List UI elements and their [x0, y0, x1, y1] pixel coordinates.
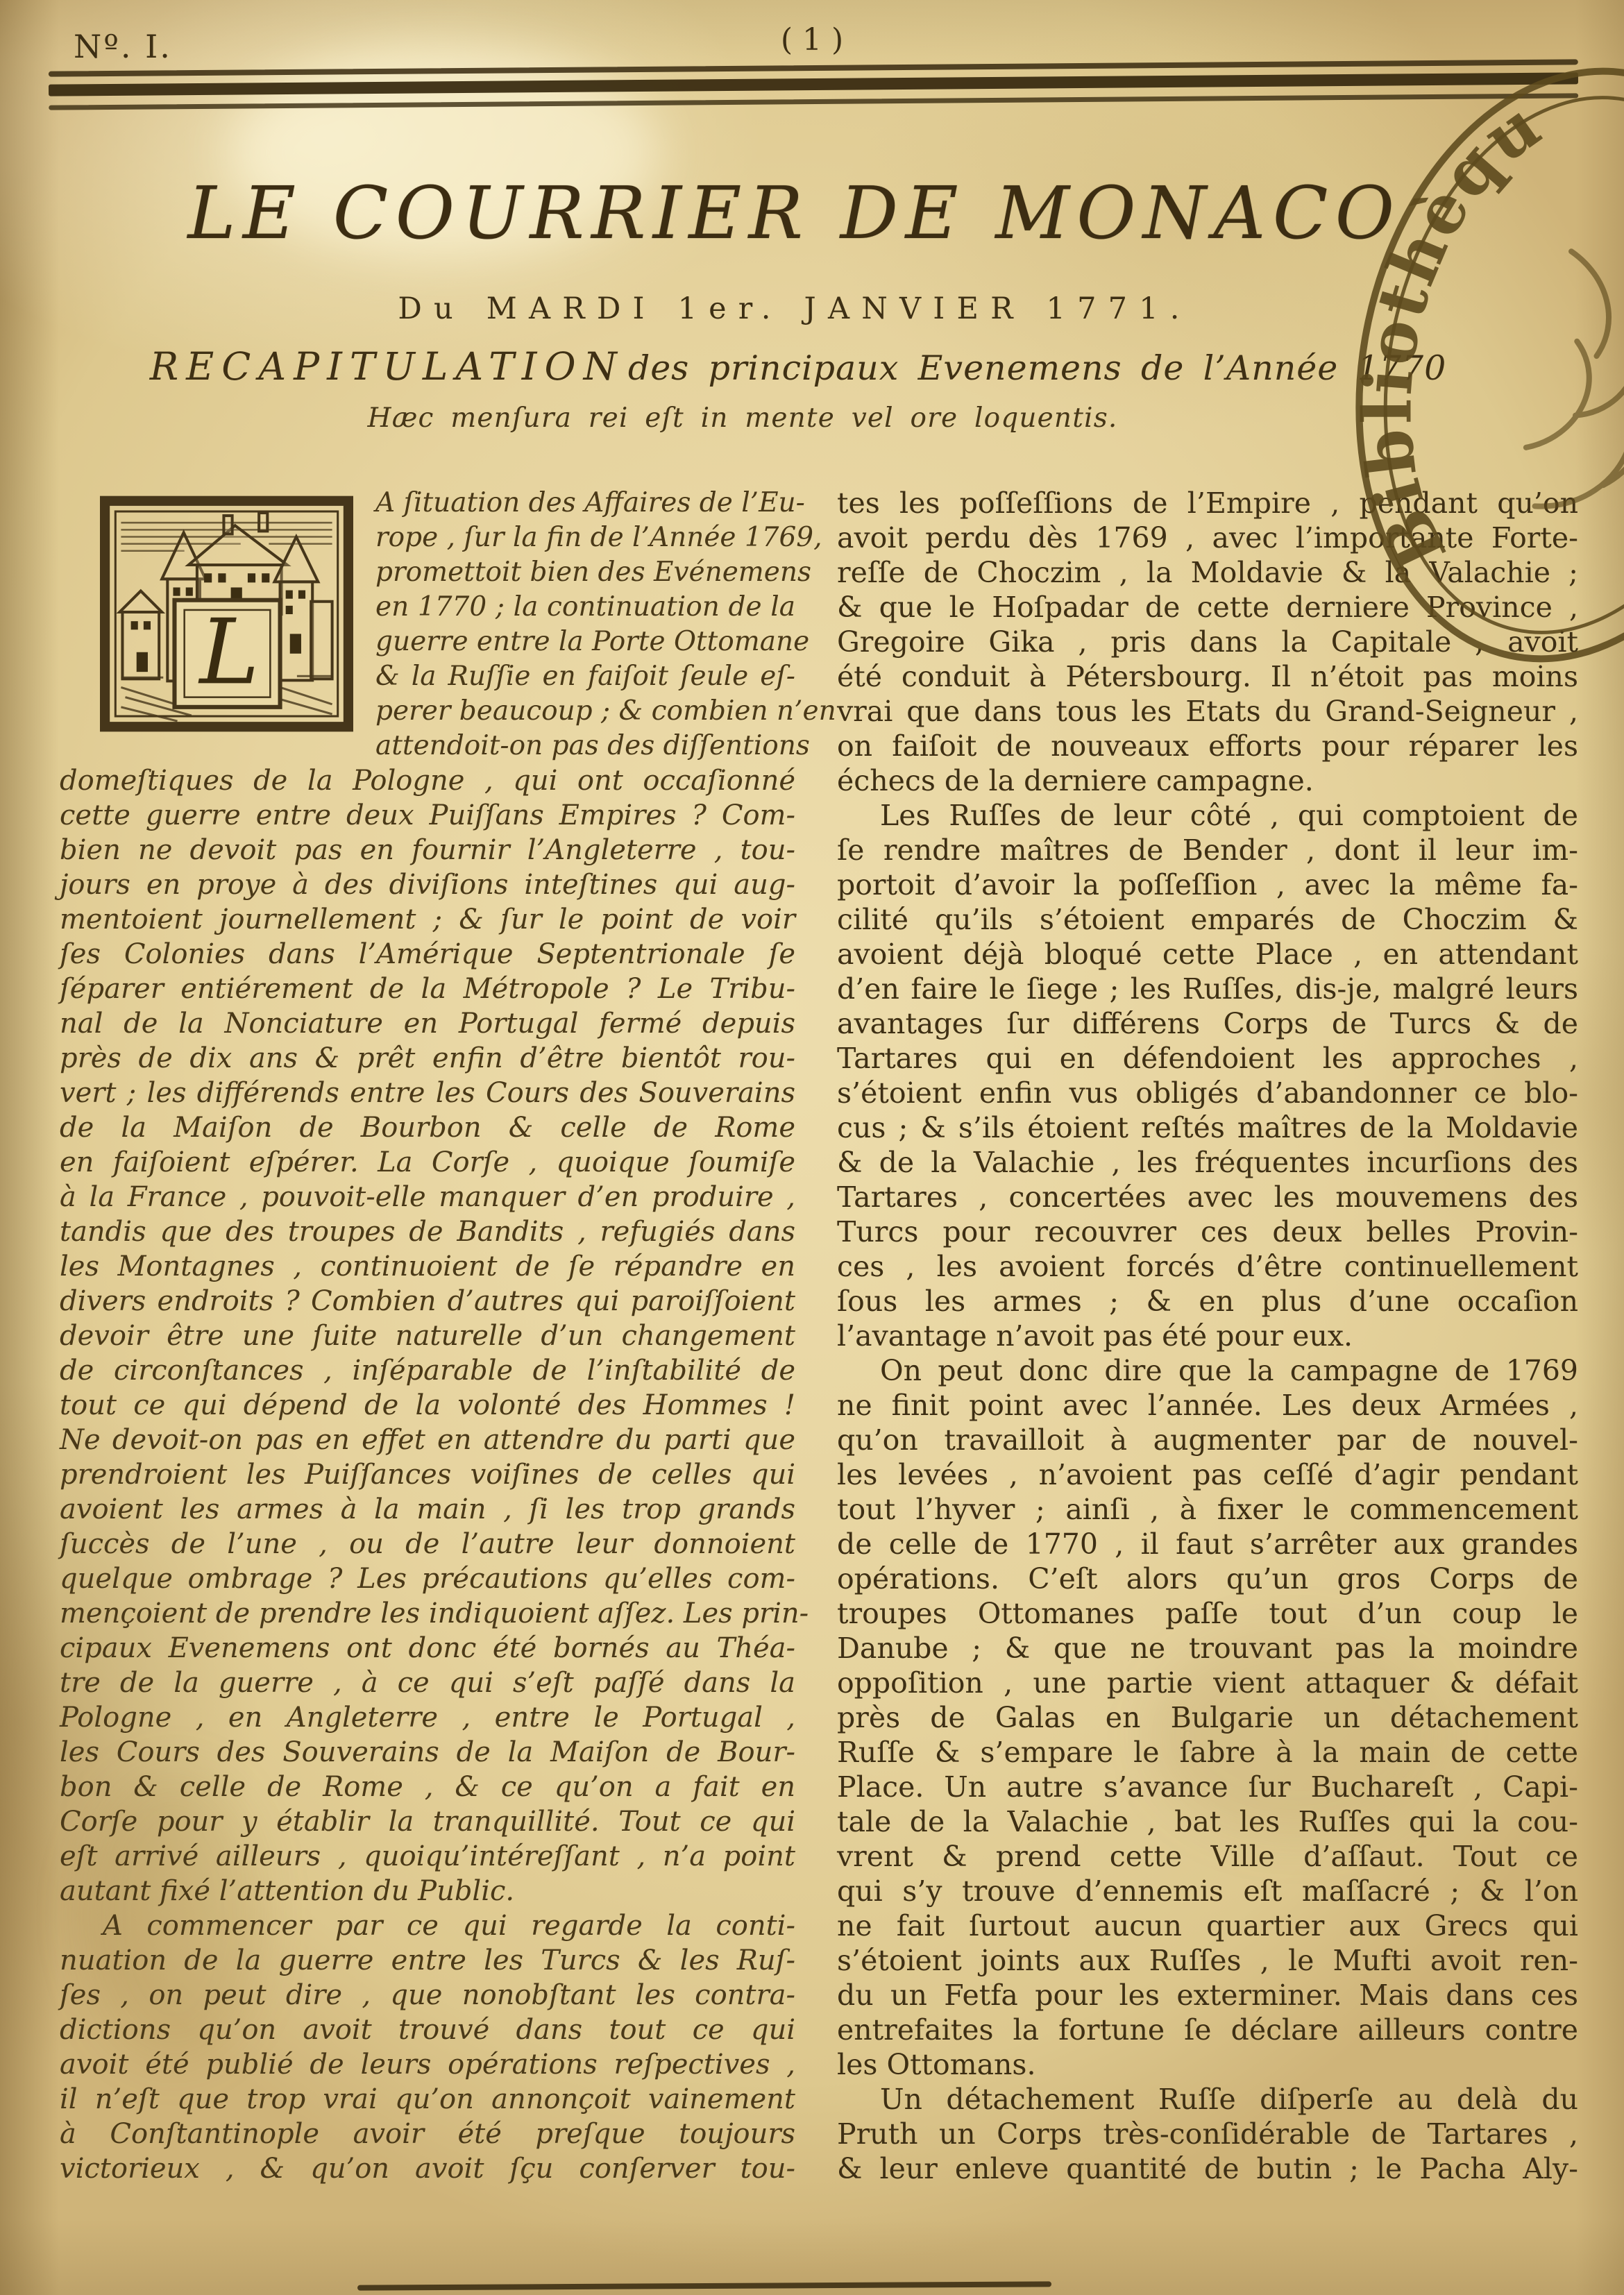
- text-line: tout l’hyver ; ainſi , à fixer le commen…: [837, 1492, 1578, 1527]
- text-line: A commencer par ce qui regarde la conti-: [60, 1908, 795, 1943]
- text-line: devoir être une ſuite naturelle d’un cha…: [60, 1319, 795, 1353]
- text-line: portoit d’avoir la poſſeſſion , avec la …: [837, 867, 1578, 902]
- text-line: jours en proye à des diviſions inteſtine…: [60, 867, 795, 902]
- text-line: avoient déjà bloqué cette Place , en att…: [837, 937, 1578, 972]
- text-line: ſe rendre maîtres de Bender , dont il le…: [837, 833, 1578, 867]
- text-line: autant fixé l’attention du Public.: [60, 1874, 795, 1908]
- bottom-rule-fragment: [357, 2281, 1051, 2290]
- text-line: du un Fetfa pour les exterminer. Mais da…: [837, 1978, 1578, 2013]
- date-line: Du MARDI 1er. JANVIER 1771.: [0, 291, 1589, 326]
- text-line: avantages ſur différens Corps de Turcs &…: [837, 1006, 1578, 1041]
- text-line: cus ; & s’ils étoient reſtés maîtres de …: [837, 1110, 1578, 1145]
- text-line: dictions qu’on avoit trouvé dans tout ce…: [60, 2013, 795, 2047]
- text-line: ſes Colonies dans l’Amérique Septentrion…: [60, 937, 795, 972]
- header-rules: [49, 59, 1578, 110]
- text-line: en faiſoient eſpérer. La Corſe , quoique…: [60, 1145, 795, 1180]
- text-line: & leur enleve quantité de butin ; le Pac…: [837, 2151, 1578, 2186]
- text-line: ces , les avoient forcés d’être continue…: [837, 1249, 1578, 1284]
- page-number: ( 1 ): [0, 22, 1624, 58]
- text-line: Ruſſe & s’empare le ſabre à la main de c…: [837, 1735, 1578, 1770]
- section-heading-caps: RECAPITULATION: [150, 344, 625, 389]
- text-line: mentoient journellement ; & ſur le point…: [60, 902, 795, 937]
- text-line: avoient les armes à la main , ſi les tro…: [60, 1492, 795, 1527]
- text-line: attendoit-on pas des diſſentions: [60, 729, 795, 763]
- text-line: il n’eſt que trop vrai qu’on annonçoit v…: [60, 2082, 795, 2117]
- text-line: opérations. C’eſt alors qu’un gros Corps…: [837, 1561, 1578, 1596]
- text-line: les Cours des Souverains de la Maiſon de…: [60, 1735, 795, 1770]
- text-line: de celle de 1770 , il faut s’arrêter aux…: [837, 1527, 1578, 1561]
- text-line: avoit perdu dès 1769 , avec l’importante…: [837, 520, 1578, 555]
- text-line: avoit été publié de leurs opérations reſ…: [60, 2047, 795, 2082]
- text-line: qu’on travailloit à augmenter par de nou…: [837, 1423, 1578, 1457]
- text-line: près de dix ans & prêt enfin d’être bien…: [60, 1041, 795, 1076]
- text-line: à Conſtantinople avoir été preſque toujo…: [60, 2117, 795, 2151]
- text-line: de la Maiſon de Bourbon & celle de Rome: [60, 1110, 795, 1145]
- text-line: quelque ombrage ? Les précautions qu’ell…: [60, 1561, 795, 1596]
- text-line: bien ne devoit pas en fournir l’Angleter…: [60, 833, 795, 867]
- text-line: Turcs pour recouvrer ces deux belles Pro…: [837, 1214, 1578, 1249]
- text-line: domeſtiques de la Pologne , qui ont occa…: [60, 763, 795, 798]
- text-line: cilité qu’ils s’étoient emparés de Chocz…: [837, 902, 1578, 937]
- text-line: d’en faire le ſiege ; les Ruſſes, dis-je…: [837, 972, 1578, 1006]
- text-line: bon & celle de Rome , & ce qu’on a fait …: [60, 1770, 795, 1804]
- text-line: cipaux Evenemens ont donc été bornés au …: [60, 1631, 795, 1666]
- rule-thin-bottom: [49, 93, 1578, 110]
- column-left: L A ſituation des Affaires de l’Eu-rope …: [60, 486, 795, 2186]
- drop-cap-woodcut: L: [100, 494, 353, 734]
- text-line: on faiſoit de nouveaux efforts pour répa…: [837, 729, 1578, 763]
- text-line: vrent & prend cette Ville d’aſſaut. Tout…: [837, 1839, 1578, 1874]
- text-line: ne finit point avec l’année. Les deux Ar…: [837, 1388, 1578, 1423]
- text-line: Les Ruſſes de leur côté , qui comptoient…: [837, 798, 1578, 833]
- text-line: de circonſtances , inſéparable de l’inſt…: [60, 1353, 795, 1388]
- latin-epigraph: Hæc menſura rei eſt in mente vel ore loq…: [0, 403, 1485, 434]
- text-line: Ne devoit-on pas en effet en attendre du…: [60, 1423, 795, 1457]
- text-line: victorieux , & qu’on avoit ſçu conſerver…: [60, 2151, 795, 2186]
- text-line: ne fait ſurtout aucun quartier aux Grecs…: [837, 1908, 1578, 1943]
- masthead-title: LE COURRIER DE MONACO: [0, 171, 1589, 255]
- text-line: Corſe pour y établir la tranquillité. To…: [60, 1804, 795, 1839]
- column-right: tes les poſſeſſions de l’Empire , pendan…: [837, 486, 1578, 2186]
- text-line: Pruth un Corps très-conſidérable de Tart…: [837, 2117, 1578, 2151]
- text-line: ſes , on peut dire , que nonobſtant les …: [60, 1978, 795, 2013]
- text-line: tout ce qui dépend de la volonté des Hom…: [60, 1388, 795, 1423]
- text-line: Tartares , concertées avec les mouvemens…: [837, 1180, 1578, 1214]
- text-line: vert ; les différends entre les Cours de…: [60, 1076, 795, 1110]
- text-line: Gregoire Gika , pris dans la Capitale , …: [837, 625, 1578, 659]
- section-heading-rest: des principaux Evenemens de l’Année 1770: [628, 348, 1446, 388]
- text-line: nuation de la guerre entre les Turcs & l…: [60, 1943, 795, 1978]
- text-line: eſt arrivé ailleurs , quoiqu’intéreſſant…: [60, 1839, 795, 1874]
- text-line: tale de la Valachie , bat les Ruſſes qui…: [837, 1804, 1578, 1839]
- text-line: les Montagnes , continuoient de ſe répan…: [60, 1249, 795, 1284]
- text-line: divers endroits ? Combien d’autres qui p…: [60, 1284, 795, 1319]
- text-line: tes les poſſeſſions de l’Empire , pendan…: [837, 486, 1578, 520]
- text-line: s’étoient joints aux Ruſſes , le Mufti a…: [837, 1943, 1578, 1978]
- drop-cap-letter: L: [198, 600, 259, 704]
- text-line: & que le Hoſpadar de cette derniere Prov…: [837, 590, 1578, 625]
- text-line: s’étoient enfin vus obligés d’abandonner…: [837, 1076, 1578, 1110]
- text-line: les Ottomans.: [837, 2047, 1578, 2082]
- text-line: entrefaites la fortune ſe déclare ailleu…: [837, 2013, 1578, 2047]
- text-line: qui s’y trouve d’ennemis eſt maſſacré ; …: [837, 1874, 1578, 1908]
- text-line: tandis que des troupes de Bandits , refu…: [60, 1214, 795, 1249]
- text-line: Un détachement Ruſſe diſperſe au delà du: [837, 2082, 1578, 2117]
- text-line: ſous les armes ; & en plus d’une occaſio…: [837, 1284, 1578, 1319]
- text-line: été conduit à Pétersbourg. Il n’étoit pa…: [837, 659, 1578, 694]
- text-line: ſéparer entiérement de la Métropole ? Le…: [60, 972, 795, 1006]
- text-line: troupes Ottomanes paſſe tout d’un coup l…: [837, 1596, 1578, 1631]
- text-line: à la France , pouvoit-elle manquer d’en …: [60, 1180, 795, 1214]
- text-line: Place. Un autre s’avance ſur Buchareſt ,…: [837, 1770, 1578, 1804]
- text-line: cette guerre entre deux Puiſſans Empires…: [60, 798, 795, 833]
- text-line: échecs de la derniere campagne.: [837, 763, 1578, 798]
- text-line: & de la Valachie , les fréquentes incurſ…: [837, 1145, 1578, 1180]
- text-line: tre de la guerre , à ce qui s’eſt paſſé …: [60, 1666, 795, 1700]
- text-line: On peut donc dire que la campagne de 176…: [837, 1353, 1578, 1388]
- text-line: reſſe de Choczim , la Moldavie & la Vala…: [837, 555, 1578, 590]
- text-line: nal de la Nonciature en Portugal fermé d…: [60, 1006, 795, 1041]
- text-line: près de Galas en Bulgarie un détachement: [837, 1700, 1578, 1735]
- section-heading: RECAPITULATION des principaux Evenemens …: [0, 344, 1596, 389]
- text-line: Tartares qui en défendoient les approche…: [837, 1041, 1578, 1076]
- rule-thick: [49, 72, 1578, 96]
- text-line: vrai que dans tous les Etats du Grand-Se…: [837, 694, 1578, 729]
- text-line: les levées , n’avoient pas ceſſé d’agir …: [837, 1457, 1578, 1492]
- text-line: oppoſition , une partie vient attaquer &…: [837, 1666, 1578, 1700]
- text-line: Pologne , en Angleterre , entre le Portu…: [60, 1700, 795, 1735]
- text-line: l’avantage n’avoit pas été pour eux.: [837, 1319, 1578, 1353]
- newspaper-page: Nº. I. ( 1 ) LE COURRIER DE MONACO Du MA…: [0, 0, 1624, 2295]
- text-line: ſuccès de l’une , ou de l’autre leur don…: [60, 1527, 795, 1561]
- text-line: Danube ; & que ne trouvant pas la moindr…: [837, 1631, 1578, 1666]
- text-line: prendroient les Puiſſances voiſines de c…: [60, 1457, 795, 1492]
- text-line: mençoient de prendre les indiquoient aſſ…: [60, 1596, 795, 1631]
